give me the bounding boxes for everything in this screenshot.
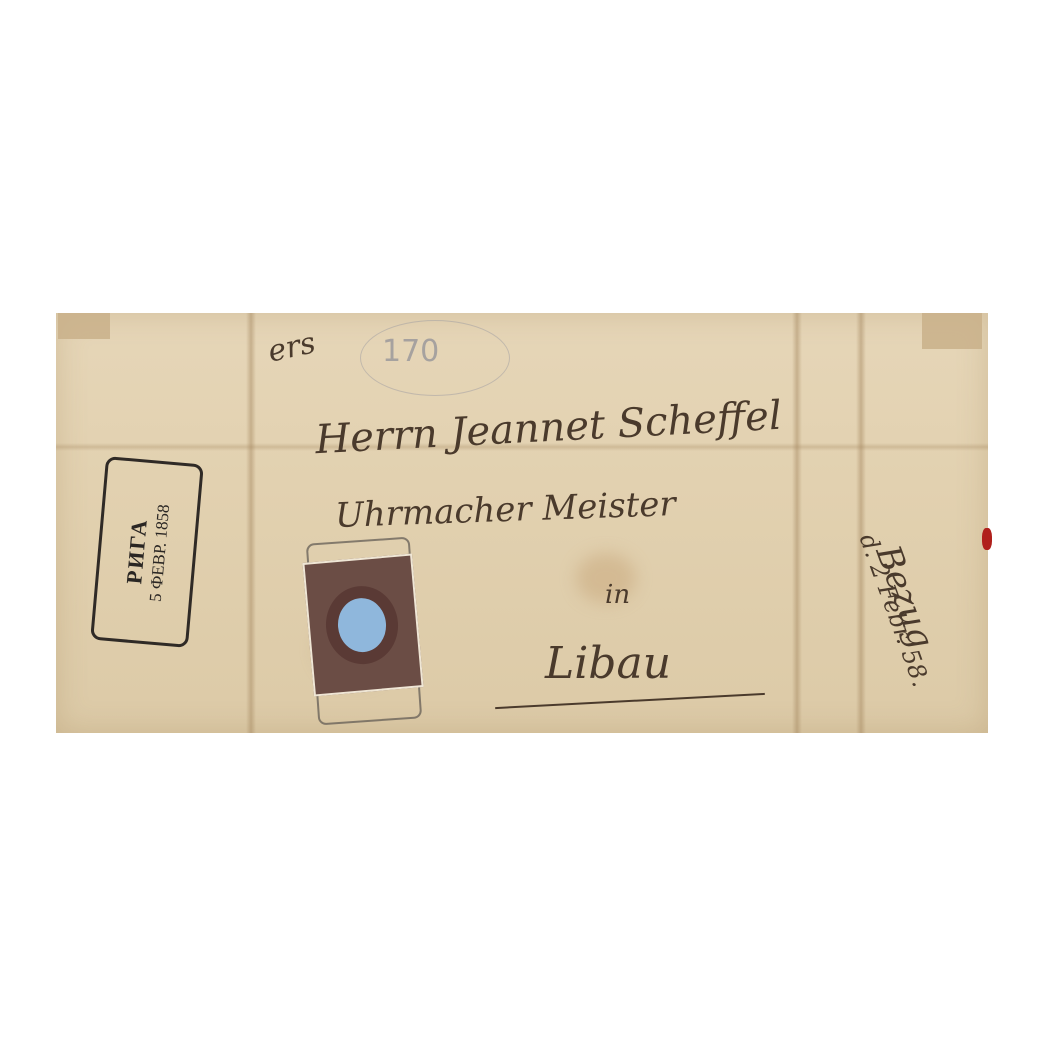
paper-tab-left	[58, 313, 110, 339]
paper-tab-right	[922, 313, 982, 349]
fold-line	[856, 313, 866, 733]
stamp-eagle-center	[336, 596, 389, 654]
address-line-4: Libau	[545, 638, 671, 689]
postage-stamp	[302, 553, 423, 696]
stamp-oval-frame	[323, 583, 402, 667]
fold-line	[792, 313, 802, 733]
postmark-text: РИГА 5 ФЕВР. 1858	[120, 501, 174, 602]
pencil-number: 170	[382, 334, 439, 369]
address-line-3: in	[605, 580, 630, 610]
wax-seal-fragment	[982, 528, 992, 550]
boxed-postmark: РИГА 5 ФЕВР. 1858	[90, 456, 204, 648]
fold-line	[246, 313, 256, 733]
